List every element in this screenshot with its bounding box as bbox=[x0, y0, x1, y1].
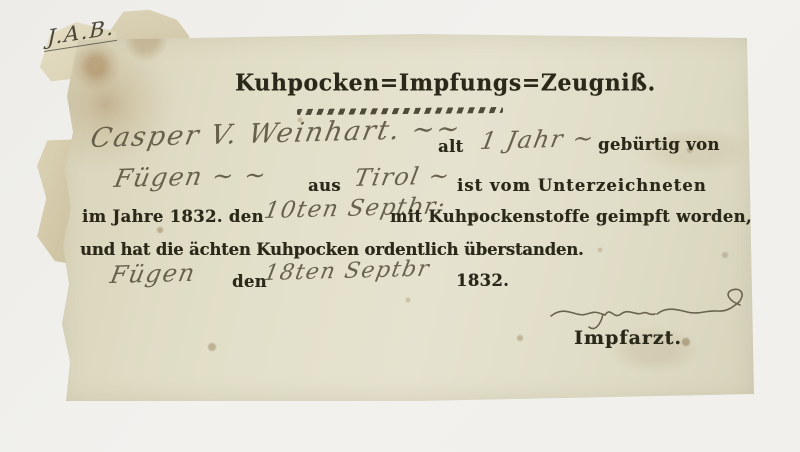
handwritten-issue-date: 18ten Septbr bbox=[262, 257, 432, 286]
photo-backdrop: J.A.B. Kuhpocken=Impfungs=Zeugniß. Caspe… bbox=[0, 0, 800, 452]
printed-aus-label: aus bbox=[308, 176, 341, 195]
printed-ueberstanden-label: und hat die ächten Kuhpocken ordentlich … bbox=[80, 240, 584, 259]
handwritten-age: 1 Jahr ~ bbox=[478, 124, 597, 155]
handwritten-region: Tirol ~ bbox=[352, 162, 453, 192]
printed-geimpft-label: mit Kuhpockenstoffe geimpft worden, bbox=[390, 207, 752, 226]
printed-unterzeichneten-label: ist vom Unterzeichneten bbox=[457, 176, 707, 195]
printed-alt-label: alt bbox=[438, 137, 463, 156]
printed-issue-year: 1832. bbox=[456, 271, 509, 290]
printed-impfarzt-label: Impfarzt. bbox=[574, 327, 682, 349]
handwritten-birthplace: Fügen ~ ~ bbox=[112, 160, 270, 193]
handwritten-issue-place: Fügen bbox=[108, 259, 198, 289]
certificate-title: Kuhpocken=Impfungs=Zeugniß. bbox=[235, 69, 570, 96]
printed-im-jahre-label: im Jahre 1832. den bbox=[82, 207, 264, 226]
printed-gebuertig-label: gebürtig von bbox=[598, 135, 720, 154]
